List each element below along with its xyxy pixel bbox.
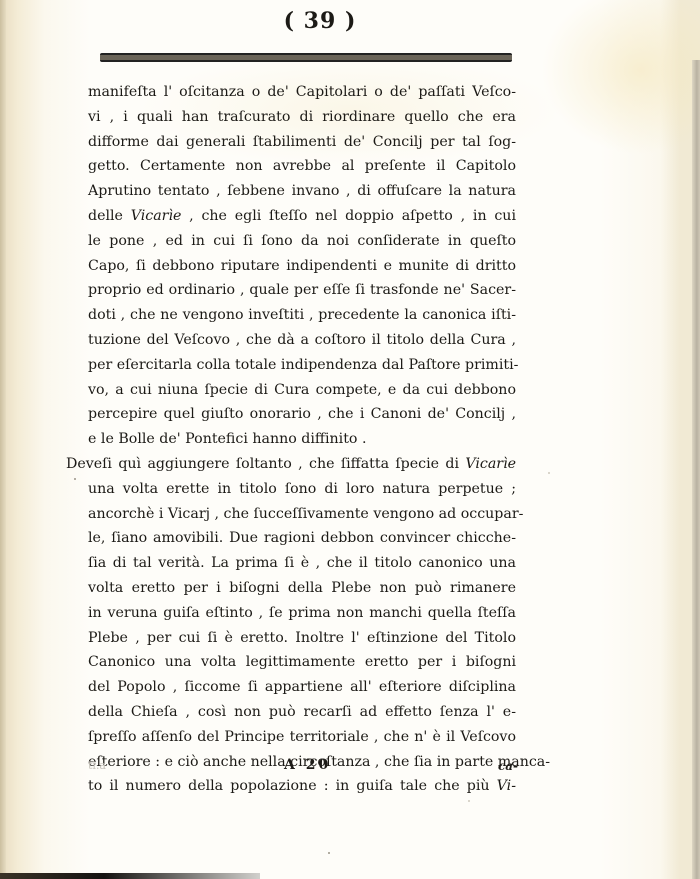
text-segment: Canonico una volta legittimamente eretto…	[88, 654, 516, 670]
scan-shadow	[0, 873, 260, 879]
italic-term: Vicarìe	[465, 456, 516, 472]
page-number: ( 39 )	[0, 8, 700, 34]
text-segment: Deveſi quì aggiungere ſoltanto , che ſif…	[66, 456, 465, 472]
text-line: ſia di tal verità. La prima ſi è , che i…	[66, 551, 516, 576]
text-segment: ancorchè i Vicarj , che ſucceſſivamente …	[88, 506, 523, 522]
text-line: vi , i quali han traſcurato di riordinar…	[66, 105, 516, 130]
bleed-through-text: ti.a	[88, 759, 106, 772]
text-line: una volta erette in titolo ſono di loro …	[66, 477, 516, 502]
text-segment: proprio ed ordinario , quale per eſſe ſi…	[88, 282, 516, 298]
text-line: del Popolo , ſiccome ſi appartiene all' …	[66, 675, 516, 700]
text-segment: una volta erette in titolo ſono di loro …	[88, 481, 516, 497]
text-segment: le, ſiano amovibili. Due ragioni debbon …	[88, 530, 516, 546]
text-line: percepire quel giuſto onorario , che i C…	[66, 402, 516, 427]
body-text: manifeſta l' oſcitanza o de' Capitolari …	[66, 80, 516, 799]
text-segment: manifeſta l' oſcitanza o de' Capitolari …	[88, 84, 516, 100]
text-segment: Capo, ſi debbono riputare indipendenti e…	[88, 258, 516, 274]
text-segment: ſia di tal verità. La prima ſi è , che i…	[88, 555, 516, 571]
text-segment: , che egli ſteſſo nel doppio aſpetto , i…	[181, 208, 516, 224]
ink-speck	[548, 472, 550, 474]
signature-mark: A 20	[284, 757, 331, 773]
text-line: delle Vicarìe , che egli ſteſſo nel dopp…	[66, 204, 516, 229]
text-line: proprio ed ordinario , quale per eſſe ſi…	[66, 278, 516, 303]
text-segment: vo, a cui niuna ſpecie di Cura compete, …	[88, 382, 516, 398]
text-line: ſpreſſo aſſenſo del Principe territorial…	[66, 725, 516, 750]
text-line: tuzione del Veſcovo , che dà a coſtoro i…	[66, 328, 516, 353]
text-line: volta eretto per i biſogni della Plebe n…	[66, 576, 516, 601]
text-line: doti , che ne vengono inveſtiti , preced…	[66, 303, 516, 328]
text-line: Plebe , per cui ſi è eretto. Inoltre l' …	[66, 626, 516, 651]
text-line: e le Bolle de' Pontefici hanno diffinito…	[66, 427, 516, 452]
text-segment: Aprutino tentato , ſebbene invano , di o…	[88, 183, 516, 199]
text-segment: ſpreſſo aſſenſo del Principe territorial…	[88, 729, 516, 745]
text-segment: tuzione del Veſcovo , che dà a coſtoro i…	[88, 332, 516, 348]
text-line: Capo, ſi debbono riputare indipendenti e…	[66, 254, 516, 279]
text-line: getto. Certamente non avrebbe al preſent…	[66, 154, 516, 179]
text-segment: del Popolo , ſiccome ſi appartiene all' …	[88, 679, 516, 695]
text-segment: Plebe , per cui ſi è eretto. Inoltre l' …	[88, 630, 516, 646]
text-line: ancorchè i Vicarj , che ſucceſſivamente …	[66, 502, 516, 527]
text-line: difforme dai generali ſtabilimenti de' C…	[66, 130, 516, 155]
text-line: manifeſta l' oſcitanza o de' Capitolari …	[66, 80, 516, 105]
text-line: Deveſi quì aggiungere ſoltanto , che ſif…	[66, 452, 516, 477]
text-line: in veruna guiſa eſtinto , ſe prima non m…	[66, 601, 516, 626]
page-number-text: ( 39 )	[284, 8, 357, 34]
ink-speck	[468, 800, 470, 802]
text-line: le, ſiano amovibili. Due ragioni debbon …	[66, 526, 516, 551]
text-segment: in veruna guiſa eſtinto , ſe prima non m…	[88, 605, 516, 621]
ink-speck	[328, 852, 330, 854]
text-segment: getto. Certamente non avrebbe al preſent…	[88, 158, 516, 174]
text-segment: percepire quel giuſto onorario , che i C…	[88, 406, 516, 422]
catchword: ca-	[498, 759, 518, 773]
text-segment: della Chieſa , così non può recarſi ad e…	[88, 704, 516, 720]
text-segment: difforme dai generali ſtabilimenti de' C…	[88, 134, 516, 150]
text-line: per eſercitarla colla totale indipendenz…	[66, 353, 516, 378]
text-segment: le pone , ed in cui ſi ſono da noi conſi…	[88, 233, 516, 249]
italic-term: Vicarìe	[131, 208, 182, 224]
header-rule	[100, 53, 512, 62]
text-segment: delle	[88, 208, 131, 224]
text-line: Aprutino tentato , ſebbene invano , di o…	[66, 179, 516, 204]
text-line: della Chieſa , così non può recarſi ad e…	[66, 700, 516, 725]
text-segment: volta eretto per i biſogni della Plebe n…	[88, 580, 516, 596]
text-segment: vi , i quali han traſcurato di riordinar…	[88, 109, 516, 125]
text-line: vo, a cui niuna ſpecie di Cura compete, …	[66, 378, 516, 403]
ink-speck	[74, 478, 76, 480]
text-line: le pone , ed in cui ſi ſono da noi conſi…	[66, 229, 516, 254]
text-segment: per eſercitarla colla totale indipendenz…	[88, 357, 518, 373]
page-right-edge	[692, 60, 700, 879]
text-segment: e le Bolle de' Pontefici hanno diffinito…	[88, 431, 367, 447]
page-footer: ti.a A 20 ca-	[88, 757, 518, 781]
book-spine-edge	[0, 0, 6, 879]
text-segment: doti , che ne vengono inveſtiti , preced…	[88, 307, 516, 323]
text-line: Canonico una volta legittimamente eretto…	[66, 650, 516, 675]
